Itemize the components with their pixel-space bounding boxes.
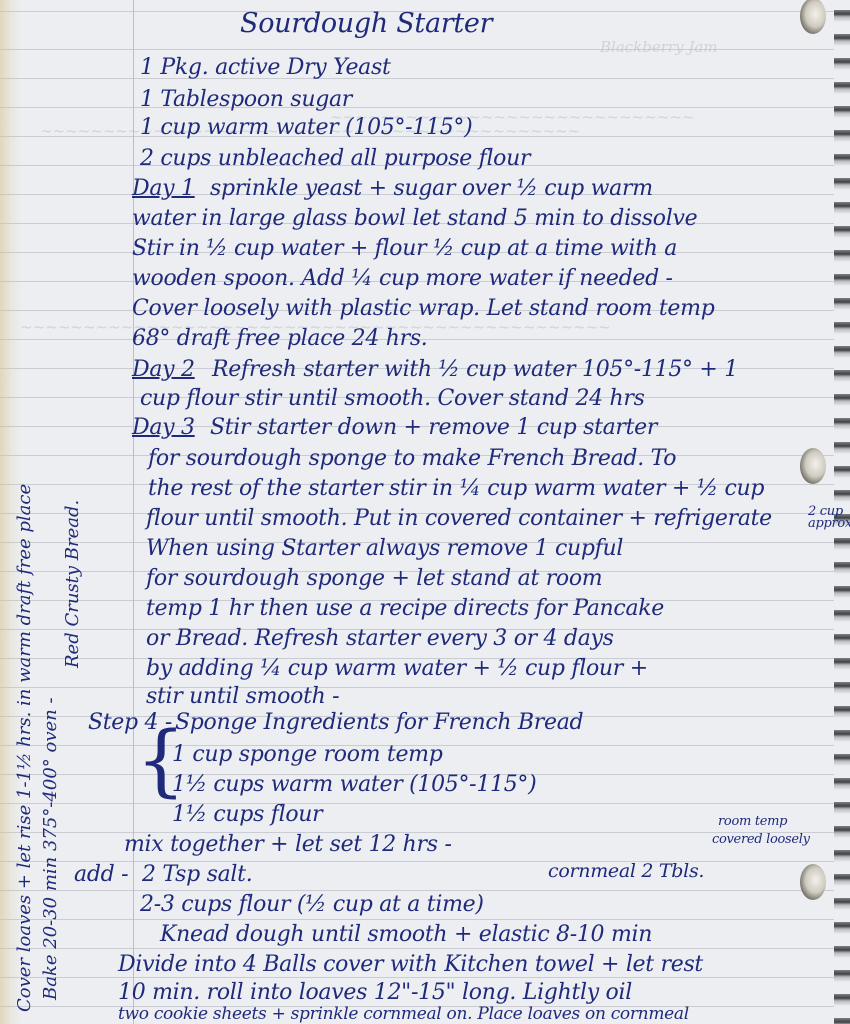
instruction-line: When using Starter always remove 1 cupfu…: [146, 536, 623, 561]
instruction-line: for sourdough sponge + let stand at room: [146, 566, 602, 591]
instruction-line: Divide into 4 Balls cover with Kitchen t…: [118, 952, 703, 977]
mix-line: mix together + let set 12 hrs -: [124, 832, 452, 857]
add-label: add -: [74, 862, 128, 887]
margin-note-vertical: Red Crusty Bread.: [62, 500, 83, 668]
ingredient-line: 1 cup warm water (105°-115°): [140, 115, 472, 140]
sponge-ingredient: 1½ cups warm water (105°-115°): [172, 772, 536, 797]
instruction-line: Stir starter down + remove 1 cup starter: [210, 415, 657, 440]
day1-label: Day 1: [132, 176, 195, 201]
instruction-line: stir until smooth -: [146, 684, 339, 709]
binder-hole: [800, 864, 826, 900]
instruction-line: cup flour stir until smooth. Cover stand…: [140, 386, 645, 411]
mix-note: room temp: [718, 814, 787, 829]
ingredient-line: 2 cups unbleached all purpose flour: [140, 146, 530, 171]
binder-hole: [800, 0, 826, 34]
instruction-line: the rest of the starter stir in ¼ cup wa…: [148, 476, 764, 501]
margin-note-vertical: Bake 20-30 min 375°-400° oven -: [40, 697, 61, 1000]
step4-heading: Sponge Ingredients for French Bread: [175, 710, 583, 735]
cornmeal-note: cornmeal 2 Tbls.: [548, 860, 704, 882]
instruction-line: Cover loosely with plastic wrap. Let sta…: [132, 296, 714, 321]
add-line: 2 Tsp salt.: [142, 862, 252, 887]
margin-note-vertical: Cover loaves + let rise 1-1½ hrs. in war…: [14, 484, 35, 1012]
day2-label: Day 2: [132, 357, 195, 382]
binder-hole: [800, 448, 826, 484]
side-note: 2 cup approx: [808, 506, 848, 530]
instruction-line: temp 1 hr then use a recipe directs for …: [146, 596, 664, 621]
instruction-line: Knead dough until smooth + elastic 8-10 …: [160, 922, 652, 947]
sponge-ingredient: 1 cup sponge room temp: [172, 742, 443, 767]
instruction-line: or Bread. Refresh starter every 3 or 4 d…: [146, 626, 614, 651]
instruction-line: water in large glass bowl let stand 5 mi…: [132, 206, 697, 231]
instruction-line: flour until smooth. Put in covered conta…: [146, 506, 772, 531]
notebook-page: Blackberry Jam ~~~~~~~~~~~~~~~~~~~~~~~~~…: [0, 0, 850, 1024]
instruction-line: for sourdough sponge to make French Brea…: [148, 446, 676, 471]
instruction-line: 10 min. roll into loaves 12"-15" long. L…: [118, 980, 632, 1005]
day3-label: Day 3: [132, 415, 195, 440]
instruction-line: wooden spoon. Add ¼ cup more water if ne…: [132, 266, 673, 291]
instruction-line: sprinkle yeast + sugar over ½ cup warm: [210, 176, 653, 201]
instruction-line: Refresh starter with ½ cup water 105°-11…: [212, 357, 738, 382]
ingredient-line: 1 Pkg. active Dry Yeast: [140, 55, 391, 80]
sponge-ingredient: 1½ cups flour: [172, 802, 322, 827]
bleed-through-text: Blackberry Jam: [600, 38, 718, 56]
ingredient-line: 1 Tablespoon sugar: [140, 87, 352, 112]
instruction-line: two cookie sheets + sprinkle cornmeal on…: [118, 1004, 689, 1024]
recipe-title: Sourdough Starter: [240, 8, 492, 39]
instruction-line: 68° draft free place 24 hrs.: [132, 326, 428, 351]
add-line: 2-3 cups flour (½ cup at a time): [140, 892, 484, 917]
mix-note: covered loosely: [712, 832, 810, 847]
instruction-line: by adding ¼ cup warm water + ½ cup flour…: [146, 656, 648, 681]
margin-line: [133, 0, 134, 1024]
instruction-line: Stir in ½ cup water + flour ½ cup at a t…: [132, 236, 677, 261]
